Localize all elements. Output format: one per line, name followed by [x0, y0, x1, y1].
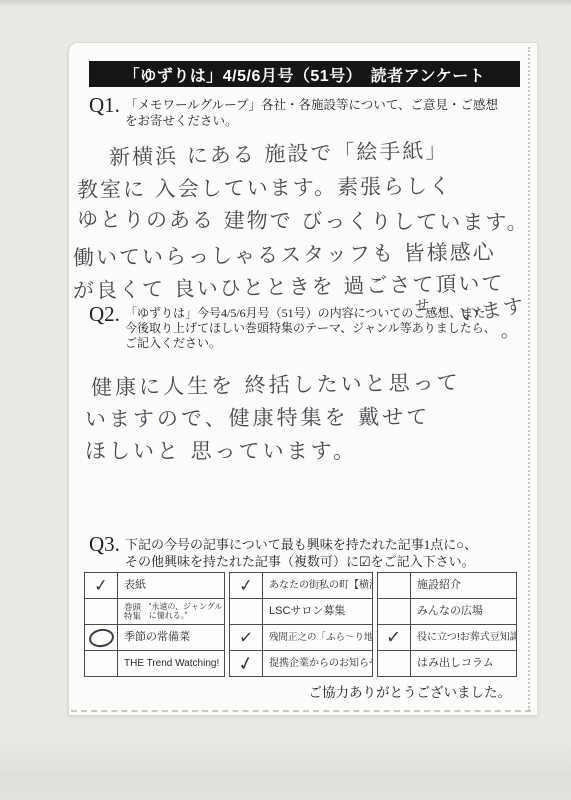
q1-answer-line1: 新横浜 にある 施設で「絵手紙」 [109, 134, 449, 171]
q1-label: Q1. [89, 93, 120, 118]
article-label: はみ出しコラム [411, 651, 516, 676]
checkbox-cell [378, 573, 411, 598]
article-label: 施設紹介 [411, 573, 516, 598]
q1-prompt-line1: 「メモワールグループ」各社・各施設等について、ご意見・ご感想 [125, 97, 525, 113]
q1-answer-line5: が良くて 良いひとときを 過ごさて頂いて [73, 267, 505, 305]
table-row: 施設紹介 [378, 573, 516, 598]
q2-answer-line1: 健康に人生を 終括したいと思って [91, 366, 461, 401]
checkbox-cell: ✓ [230, 625, 263, 650]
checkbox-cell [85, 625, 118, 650]
q1-prompt-line2: をお寄せください。 [125, 113, 525, 129]
q3-label: Q3. [89, 532, 120, 557]
perforation-edge-bottom [71, 710, 531, 712]
q3-prompt: 下記の今号の記事について最も興味を持たれた記事1点に○、 その他興味を持たれた記… [125, 536, 525, 570]
check-mark: ✓ [236, 651, 256, 676]
q2-prompt-line1: 「ゆずりは」今号4/5/6月号（51号）の内容についてのご感想、また [125, 306, 525, 321]
q1-prompt: 「メモワールグループ」各社・各施設等について、ご意見・ご感想 をお寄せください。 [125, 97, 525, 129]
article-label: 季節の常備菜 [118, 625, 224, 650]
checkbox-cell [230, 599, 263, 624]
checkbox-cell: ✓ [378, 625, 411, 650]
table-row: はみ出しコラム [378, 650, 516, 676]
q1-answer-line2: 教室に 入会しています。素張らしく [77, 170, 452, 204]
q3-prompt-line1: 下記の今号の記事について最も興味を持たれた記事1点に○、 [125, 536, 525, 553]
article-label: 残間正之の「ふら～り地球散歩」 [263, 625, 372, 650]
checkbox-cell [85, 599, 118, 624]
thanks-note: ご協力ありがとうございました。 [309, 681, 512, 701]
survey-title: 「ゆずりは」4/5/6月号（51号） 読者アンケート [124, 63, 485, 86]
q2-answer-line2: いますので、健康特集を 戴せて [85, 401, 430, 433]
article-label: 役に立つ!お葬式豆知識 [411, 625, 516, 650]
q2-answer-line3: ほしいと 思っています。 [85, 435, 357, 465]
table-row: ✓ 残間正之の「ふら～り地球散歩」 [230, 624, 372, 650]
article-label: 巻頭特集“永遠の、ジャングルに憧れる。” [118, 599, 224, 624]
article-table-group-1: ✓ 表紙 巻頭特集“永遠の、ジャングルに憧れる。” 季節の常備菜 THE Tre… [84, 572, 225, 677]
check-mark: ✓ [238, 575, 254, 596]
table-row: THE Trend Watching!【銀座】 [85, 650, 224, 676]
survey-sheet: 「ゆずりは」4/5/6月号（51号） 読者アンケート Q1. 「メモワールグルー… [68, 42, 537, 715]
article-label: 表紙 [118, 573, 224, 598]
table-row: LSCサロン募集 [230, 598, 372, 624]
check-mark: ✓ [386, 627, 402, 649]
q1-answer-line3: ゆとりのある 建物で びっくりしています。 [77, 203, 530, 236]
checkbox-cell: ✓ [230, 651, 263, 676]
checkbox-cell [378, 599, 411, 624]
table-row: ✓ 役に立つ!お葬式豆知識 [378, 624, 516, 650]
perforation-edge-right [528, 47, 530, 711]
table-row: ✓ 表紙 [85, 573, 224, 598]
article-label: あなたの街私の町【横浜市泉区】 [263, 573, 372, 598]
q2-label: Q2. [89, 302, 120, 327]
article-label: LSCサロン募集 [263, 599, 372, 624]
check-mark: ✓ [238, 627, 254, 648]
q1-answer-line4: 働いていらっしゃるスタッフも 皆様感心 [73, 236, 496, 272]
article-table-group-2: ✓ あなたの街私の町【横浜市泉区】 LSCサロン募集 ✓ 残間正之の「ふら～り地… [229, 572, 373, 677]
article-label: THE Trend Watching!【銀座】 [118, 651, 224, 676]
table-row: ✓ あなたの街私の町【横浜市泉区】 [230, 573, 372, 598]
table-row: みんなの広場 [378, 598, 516, 624]
table-row: ✓ 提携企業からのお知らせ [230, 650, 372, 676]
q3-prompt-line2: その他興味を持たれた記事（複数可）に☑をご記入下さい。 [125, 553, 525, 570]
article-label: みんなの広場 [411, 599, 516, 624]
check-mark: ✓ [93, 575, 109, 596]
article-label-main: 巻頭特集 [124, 603, 147, 621]
article-table-group-3: 施設紹介 みんなの広場 ✓ 役に立つ!お葬式豆知識 はみ出しコラム [377, 572, 517, 677]
table-row: 季節の常備菜 [85, 624, 224, 650]
article-label-sub: “永遠の、ジャングルに憧れる。” [149, 603, 224, 620]
q2-prompt-line3: ご記入ください。 [125, 336, 525, 351]
q2-prompt: 「ゆずりは」今号4/5/6月号（51号）の内容についてのご感想、また 今後取り上… [125, 306, 525, 351]
checkbox-cell [378, 651, 411, 676]
checkbox-cell: ✓ [85, 573, 118, 598]
q2-prompt-line2: 今後取り上げてほしい巻頭特集のテーマ、ジャンル等ありましたら、 [125, 321, 525, 336]
table-row: 巻頭特集“永遠の、ジャングルに憧れる。” [85, 598, 224, 624]
survey-title-banner: 「ゆずりは」4/5/6月号（51号） 読者アンケート [89, 61, 520, 87]
checkbox-cell [85, 651, 118, 676]
check-mark [87, 626, 115, 648]
article-label: 提携企業からのお知らせ [263, 651, 372, 676]
checkbox-cell: ✓ [230, 573, 263, 598]
